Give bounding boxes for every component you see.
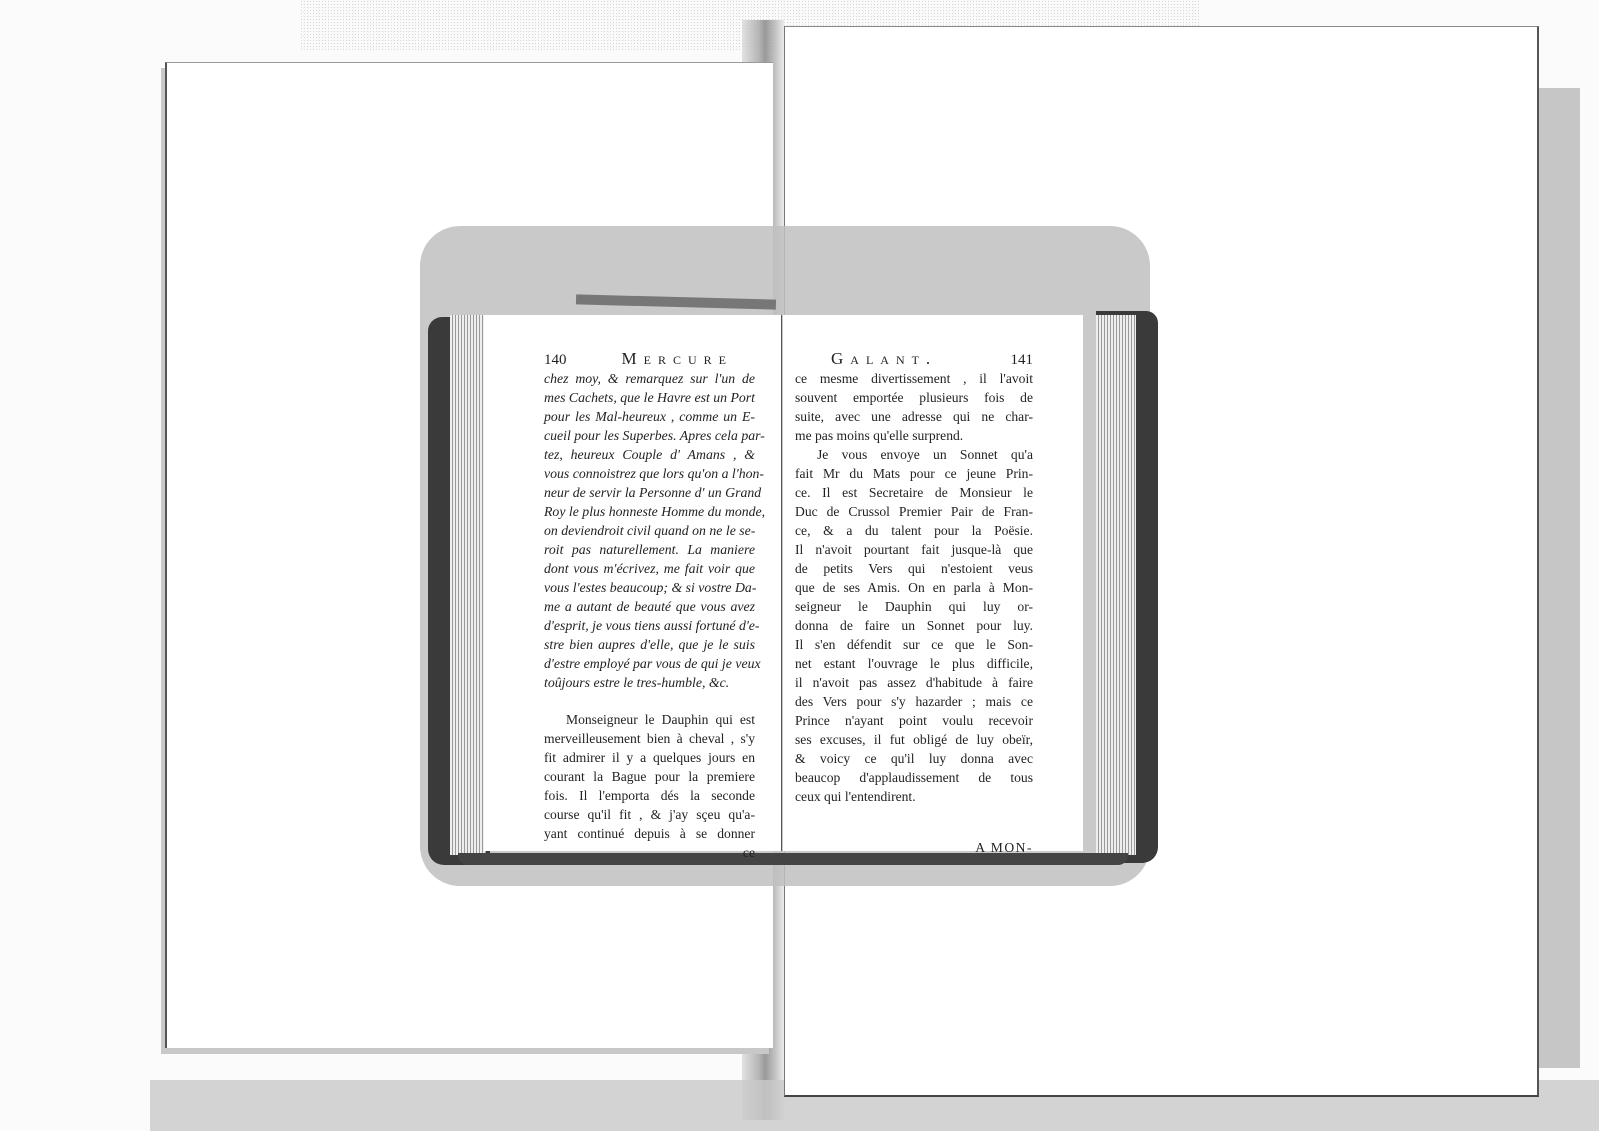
catchword: ce	[544, 843, 755, 862]
text-line: que de ses Amis. On en parla à Mon-	[795, 578, 1033, 597]
text-line: Prince n'ayant point voulu recevoir	[795, 711, 1033, 730]
text-line: courant la Bague pour la premiere	[544, 767, 755, 786]
page-141: Galant. 141 ce mesme divertissement , il…	[783, 315, 1083, 851]
text-line: pour les Mal-heureux , comme un E-	[544, 407, 755, 426]
text-line: de petits Vers qui n'estoient veus	[795, 559, 1033, 578]
paragraph-1: ce mesme divertissement , il l'avoit sou…	[795, 369, 1033, 445]
text-line: ses excuses, il fut obligé de luy obeïr,	[795, 730, 1033, 749]
text-line: yant continué depuis à se donner	[544, 824, 755, 843]
text-line: souvent emportée plusieurs fois de	[795, 388, 1033, 407]
text-line: me pas moins qu'elle surprend.	[795, 426, 1033, 445]
text-line: course qu'il fit , & j'ay sçeu qu'a-	[544, 805, 755, 824]
text-line: seigneur le Dauphin qui luy or-	[795, 597, 1033, 616]
text-line: me a autant de beauté que vous avez	[544, 597, 755, 616]
text-line: Roy le plus honneste Homme du monde,	[544, 502, 755, 521]
paragraph-2: Je vous envoye un Sonnet qu'a fait Mr du…	[795, 445, 1033, 806]
text-line: fois. Il l'emporta dés la seconde	[544, 786, 755, 805]
text-line: roit pas naturellement. La maniere	[544, 540, 755, 559]
text-line: toûjours estre le tres-humble, &c.	[544, 673, 755, 692]
right-edge-shadow	[1538, 88, 1580, 1068]
left-page-edges	[450, 315, 486, 855]
text-line: d'esprit, je vous tiens aussi fortuné d'…	[544, 616, 755, 635]
running-head-title: Mercure	[622, 349, 733, 369]
page-number: 140	[544, 352, 567, 369]
text-line: mes Cachets, que le Havre est un Port	[544, 388, 755, 407]
text-line: ceux qui l'entendirent.	[795, 787, 1033, 806]
text-line: ce. Il est Secretaire de Monsieur le	[795, 483, 1033, 502]
text-line: d'estre employé par vous de qui je veux	[544, 654, 755, 673]
running-head-title: Galant.	[831, 349, 937, 369]
text-line: stre bien aupres d'elle, que je le suis	[544, 635, 755, 654]
page-140: 140 Mercure chez moy, & remarquez sur l'…	[484, 315, 782, 851]
text-line: donna de faire un Sonnet pour luy.	[795, 616, 1033, 635]
text-line: & voicy ce qu'il luy donna avec	[795, 749, 1033, 768]
text-line: fit admirer il y a quelques jours en	[544, 748, 755, 767]
text-line: tez, heureux Couple d' Amans , &	[544, 445, 755, 464]
running-head: Galant. 141	[795, 349, 1033, 367]
text-line: Je vous envoye un Sonnet qu'a	[795, 445, 1033, 464]
text-line: il n'avoit pas assez d'habitude à faire	[795, 673, 1033, 692]
text-line: des Vers pour s'y hazarder ; mais ce	[795, 692, 1033, 711]
text-line: dont vous m'écrivez, me fait voir que	[544, 559, 755, 578]
text-line: Monseigneur le Dauphin qui est	[544, 710, 755, 729]
text-line: beaucop d'applaudissement de tous	[795, 768, 1033, 787]
text-line: Duc de Crussol Premier Pair de Fran-	[795, 502, 1033, 521]
text-line: chez moy, & remarquez sur l'un de	[544, 369, 755, 388]
text-line: on deviendroit civil quand on ne le se-	[544, 521, 755, 540]
dauphin-paragraph: Monseigneur le Dauphin qui est merveille…	[544, 710, 755, 843]
text-line: fait Mr du Mats pour ce jeune Prin-	[795, 464, 1033, 483]
letter-italic-block: chez moy, & remarquez sur l'un de mes Ca…	[544, 369, 755, 692]
text-line: vous connoistrez que lors qu'on a l'hon-	[544, 464, 755, 483]
page-number: 141	[1011, 352, 1034, 369]
text-line: neur de servir la Personne d' un Grand	[544, 483, 755, 502]
text-line: Il n'avoit pourtant fait jusque-là que	[795, 540, 1033, 559]
text-line: Il s'en défendit sur ce que le Son-	[795, 635, 1033, 654]
text-line: net estant l'ouvrage le plus difficile,	[795, 654, 1033, 673]
text-line: ce mesme divertissement , il l'avoit	[795, 369, 1033, 388]
text-line: suite, avec une adresse qui ne char-	[795, 407, 1033, 426]
right-page-edges	[1096, 315, 1136, 855]
text-line: merveilleusement bien à cheval , s'y	[544, 729, 755, 748]
running-head: 140 Mercure	[544, 349, 755, 367]
text-line: vous l'estes beaucoup; & si vostre Da-	[544, 578, 755, 597]
text-line: cueil pour les Superbes. Apres cela par-	[544, 426, 755, 445]
text-line: ce, & a du talent pour la Poësie.	[795, 521, 1033, 540]
open-book: 140 Mercure chez moy, & remarquez sur l'…	[428, 305, 1158, 865]
catchword: A MON-	[795, 838, 1033, 857]
